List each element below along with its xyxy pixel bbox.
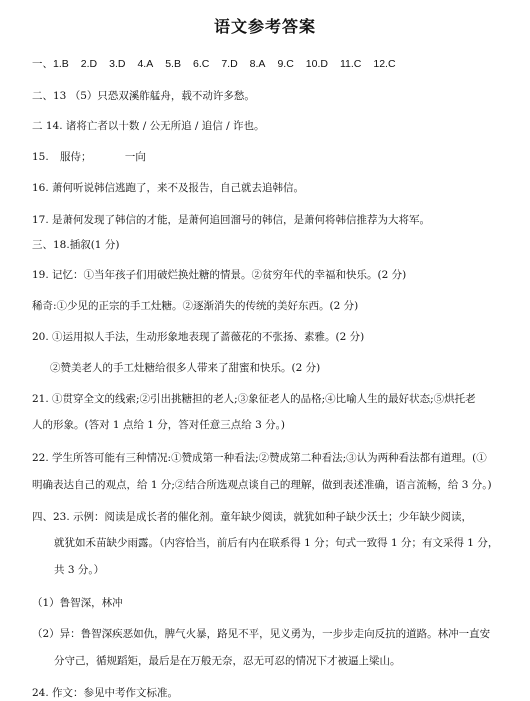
answer-7: 7.D <box>221 58 237 70</box>
answer-q13: 二、13 （5）只恐双溪舴艋舟，载不动许多愁。 <box>32 89 255 103</box>
answer-q23-part2-line1: （2）异：鲁智深疾恶如仇，脾气火暴，路见不平，见义勇为，一步步走向反抗的道路。林… <box>32 627 490 641</box>
answer-q23-line2: 就犹如禾苗缺少雨露。（内容恰当，前后有内在联系得 1 分；句式一致得 1 分；有… <box>54 536 498 550</box>
answer-5: 5.B <box>165 58 181 70</box>
answer-11: 11.C <box>340 58 361 70</box>
answer-q19-memory: 19. 记忆：①当年孩子们用破烂换灶糖的情景。②贫穷年代的幸福和快乐。(2 分) <box>32 268 406 282</box>
answer-q16: 16. 萧何听说韩信逃跑了，来不及报告，自己就去追韩信。 <box>32 181 304 195</box>
answer-8: 8.A <box>250 58 266 70</box>
answer-10: 10.D <box>306 58 328 70</box>
answer-q23-part2-line2: 分守己，循规蹈矩，最后是在万般无奈，忍无可忍的情况下才被逼上梁山。 <box>54 654 401 668</box>
answer-4: 4.A <box>137 58 153 70</box>
answer-6: 6.C <box>193 58 209 70</box>
answer-2: 2.D <box>81 58 97 70</box>
answer-q22-line1: 22. 学生所答可能有三种情况:①赞成第一种看法;②赞成第二种看法;③认为两种看… <box>32 451 487 465</box>
answer-12: 12.C <box>373 58 395 70</box>
answer-q20-1: 20. ①运用拟人手法，生动形象地表现了蔷薇花的不张扬、素雅。(2 分) <box>32 330 364 344</box>
section1-answers: 一、1.B2.D3.D4.A5.B6.C7.D8.A9.C10.D11.C12.… <box>32 57 408 71</box>
answer-q23-line1: 四、23. 示例：阅读是成长者的催化剂。童年缺少阅读，就犹如种子缺少沃土；少年缺… <box>32 510 472 524</box>
answer-q14: 二 14. 诸将亡者以十数 / 公无所追 / 追信 / 诈也。 <box>32 119 265 133</box>
answer-3: 3.D <box>109 58 125 70</box>
answer-q23-line3: 共 3 分。） <box>54 563 104 577</box>
page-title: 语文参考答案 <box>0 14 530 37</box>
answer-q24: 24. 作文：参见中考作文标准。 <box>32 686 178 700</box>
answer-q20-2: ②赞美老人的手工灶糖给很多人带来了甜蜜和快乐。(2 分) <box>50 361 320 375</box>
q15-number: 15. <box>32 151 49 163</box>
answer-q15: 15. 服侍； 一向 <box>32 150 146 164</box>
q15-answer-a: 服侍； <box>60 151 92 163</box>
q15-answer-b: 一向 <box>125 151 146 163</box>
answer-q18: 三、18.插叙(1 分) <box>32 238 119 252</box>
answer-q21-line2: 人的形象。(答对 1 点给 1 分，答对任意三点给 3 分。) <box>32 418 285 432</box>
answer-q22-line2: 明确表达自己的观点，给 1 分;②结合所选观点谈自己的理解，做到表述准确，语言流… <box>32 478 492 492</box>
answer-q21-line1: 21. ①贯穿全文的线索;②引出挑糖担的老人;③象征老人的品格;④比喻人生的最好… <box>32 392 476 406</box>
answer-q17: 17. 是萧何发现了韩信的才能，是萧何追回溜号的韩信，是萧何将韩信推荐为大将军。 <box>32 213 430 227</box>
answer-1: 1.B <box>53 58 69 70</box>
answer-q19-rare: 稀奇:①少见的正宗的手工灶糖。②逐渐消失的传统的美好东西。(2 分) <box>32 299 358 313</box>
answer-q23-part1: （1）鲁智深，林冲 <box>32 596 123 610</box>
section1-prefix: 一、 <box>32 58 53 70</box>
answer-9: 9.C <box>277 58 293 70</box>
